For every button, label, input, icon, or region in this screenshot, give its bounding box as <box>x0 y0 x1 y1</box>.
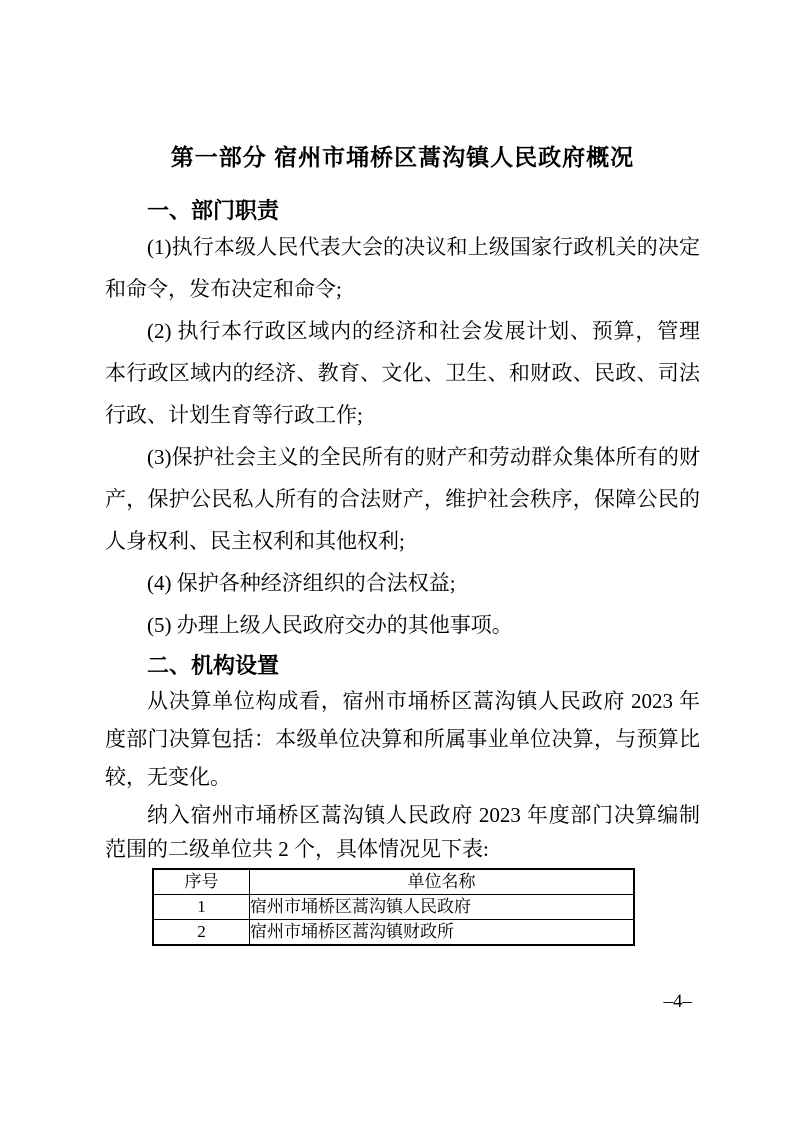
units-table-header-name: 单位名称 <box>250 869 635 895</box>
page-number: –4– <box>105 992 700 1012</box>
units-table-header-row: 序号 单位名称 <box>153 869 634 895</box>
table-row: 1 宿州市埇桥区蒿沟镇人民政府 <box>153 895 634 920</box>
unit-row-index: 2 <box>153 920 250 946</box>
section-organization: 二、机构设置 从决算单位构成看，宿州市埇桥区蒿沟镇人民政府 2023 年度部门决… <box>105 652 700 866</box>
table-row: 2 宿州市埇桥区蒿沟镇财政所 <box>153 920 634 946</box>
section-duties: 一、部门职责 (1)执行本级人民代表大会的决议和上级国家行政机关的决定和命令，发… <box>105 196 700 646</box>
duties-paragraph-3: (3)保护社会主义的全民所有的财产和劳动群众集体所有的财产，保护公民私人所有的合… <box>105 436 700 562</box>
duties-paragraph-1: (1)执行本级人民代表大会的决议和上级国家行政机关的决定和命令，发布决定和命令; <box>105 226 700 310</box>
unit-row-name: 宿州市埇桥区蒿沟镇人民政府 <box>250 895 635 920</box>
units-table-header-index: 序号 <box>153 869 250 895</box>
organization-paragraph-2: 纳入宿州市埇桥区蒿沟镇人民政府 2023 年度部门决算编制范围的二级单位共 2 … <box>105 798 700 866</box>
page-content: 第一部分 宿州市埇桥区蒿沟镇人民政府概况 一、部门职责 (1)执行本级人民代表大… <box>0 0 793 1012</box>
organization-paragraph-1: 从决算单位构成看，宿州市埇桥区蒿沟镇人民政府 2023 年度部门决算包括：本级单… <box>105 682 700 796</box>
unit-row-name: 宿州市埇桥区蒿沟镇财政所 <box>250 920 635 946</box>
section-duties-heading: 一、部门职责 <box>147 196 700 226</box>
document-title: 第一部分 宿州市埇桥区蒿沟镇人民政府概况 <box>105 142 700 172</box>
duties-paragraph-4: (4) 保护各种经济组织的合法权益; <box>105 562 700 604</box>
section-organization-heading: 二、机构设置 <box>147 652 700 680</box>
duties-paragraph-2: (2) 执行本行政区域内的经济和社会发展计划、预算，管理本行政区域内的经济、教育… <box>105 310 700 436</box>
document-page: 第一部分 宿州市埇桥区蒿沟镇人民政府概况 一、部门职责 (1)执行本级人民代表大… <box>0 0 793 1122</box>
unit-row-index: 1 <box>153 895 250 920</box>
units-table: 序号 单位名称 1 宿州市埇桥区蒿沟镇人民政府 2 宿州市埇桥区蒿沟镇财政所 <box>152 868 635 946</box>
duties-paragraph-5: (5) 办理上级人民政府交办的其他事项。 <box>105 604 700 646</box>
